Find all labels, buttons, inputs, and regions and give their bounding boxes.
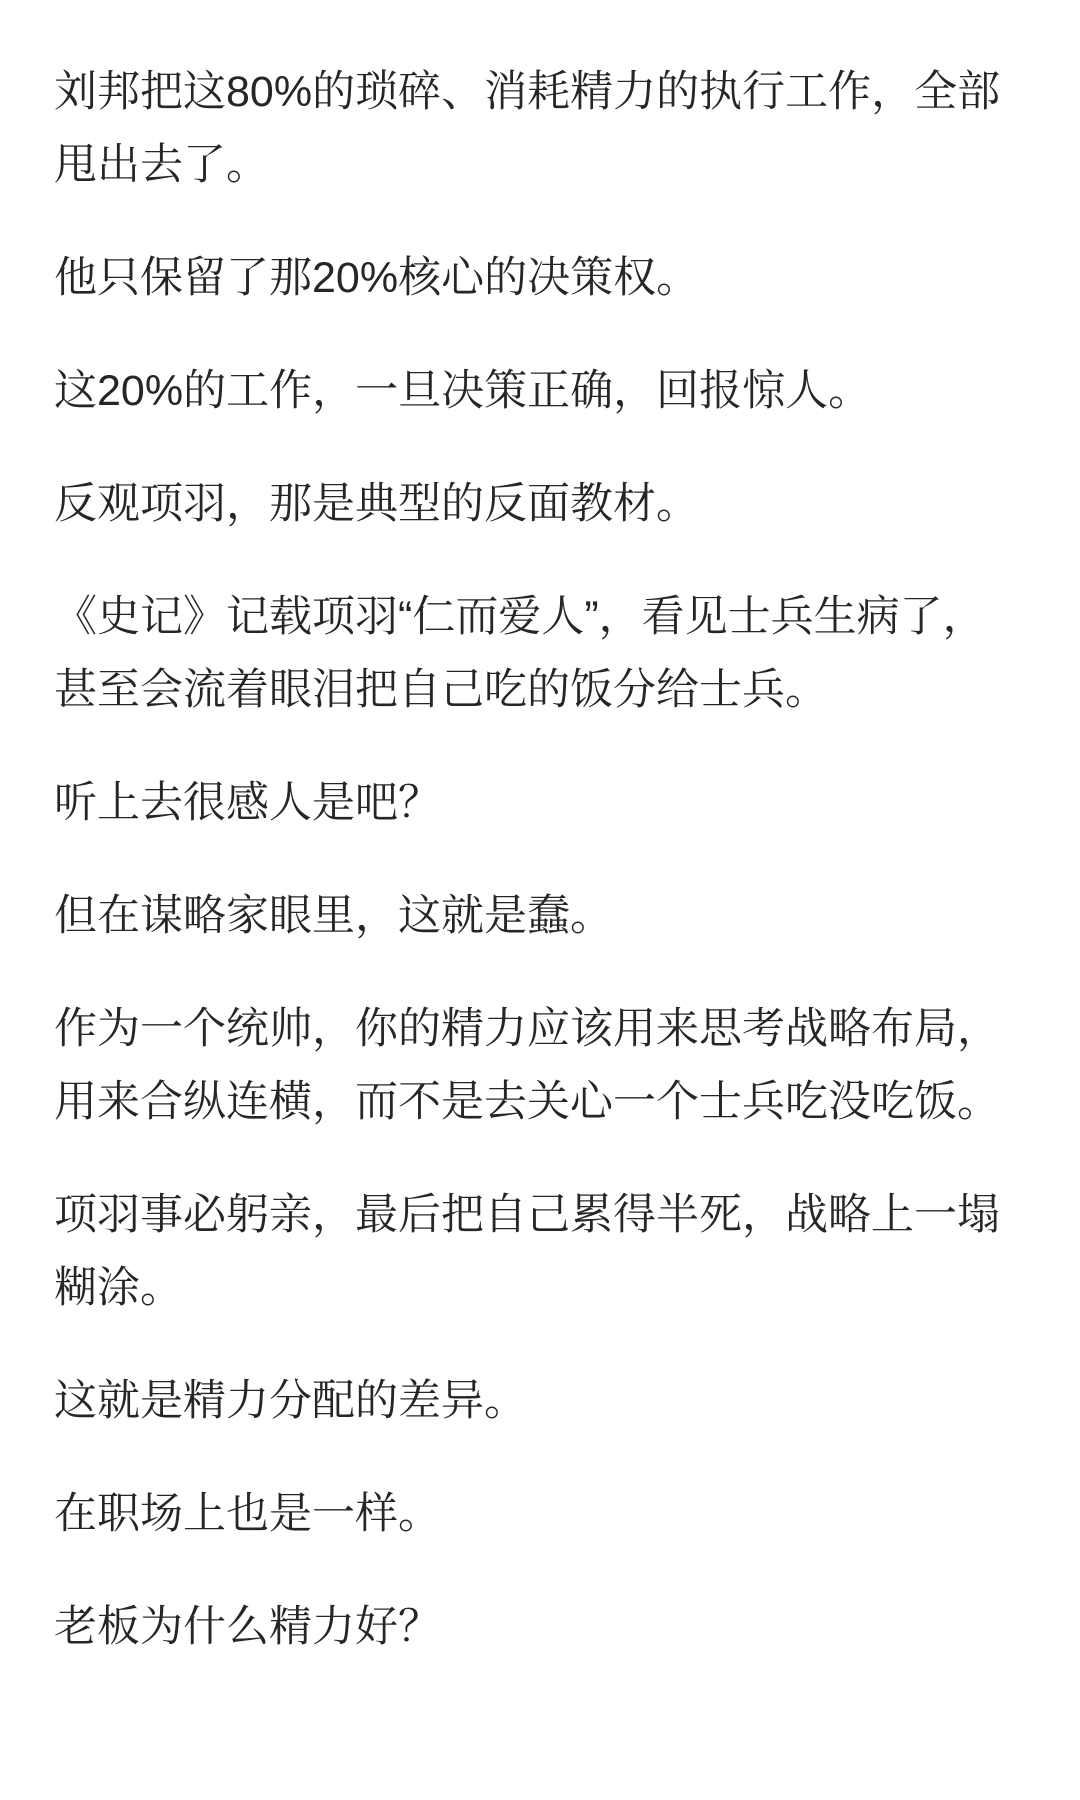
paragraph: 老板为什么精力好？ [54,1591,1026,1664]
paragraph: 刘邦把这80%的琐碎、消耗精力的执行工作，全部甩出去了。 [54,56,1026,202]
paragraph: 但在谋略家眼里，这就是蠢。 [54,880,1026,953]
paragraph: 作为一个统帅，你的精力应该用来思考战略布局，用来合纵连横，而不是去关心一个士兵吃… [54,993,1026,1139]
paragraph: 这20%的工作，一旦决策正确，回报惊人。 [54,355,1026,428]
paragraph: 听上去很感人是吧？ [54,767,1026,840]
paragraph: 这就是精力分配的差异。 [54,1365,1026,1438]
article-body: 刘邦把这80%的琐碎、消耗精力的执行工作，全部甩出去了。 他只保留了那20%核心… [0,0,1080,1664]
article-page: 刘邦把这80%的琐碎、消耗精力的执行工作，全部甩出去了。 他只保留了那20%核心… [0,0,1080,1800]
paragraph: 项羽事必躬亲，最后把自己累得半死，战略上一塌糊涂。 [54,1179,1026,1325]
paragraph: 他只保留了那20%核心的决策权。 [54,242,1026,315]
paragraph: 在职场上也是一样。 [54,1478,1026,1551]
paragraph: 反观项羽，那是典型的反面教材。 [54,468,1026,541]
paragraph: 《史记》记载项羽“仁而爱人”，看见士兵生病了，甚至会流着眼泪把自己吃的饭分给士兵… [54,581,1026,727]
